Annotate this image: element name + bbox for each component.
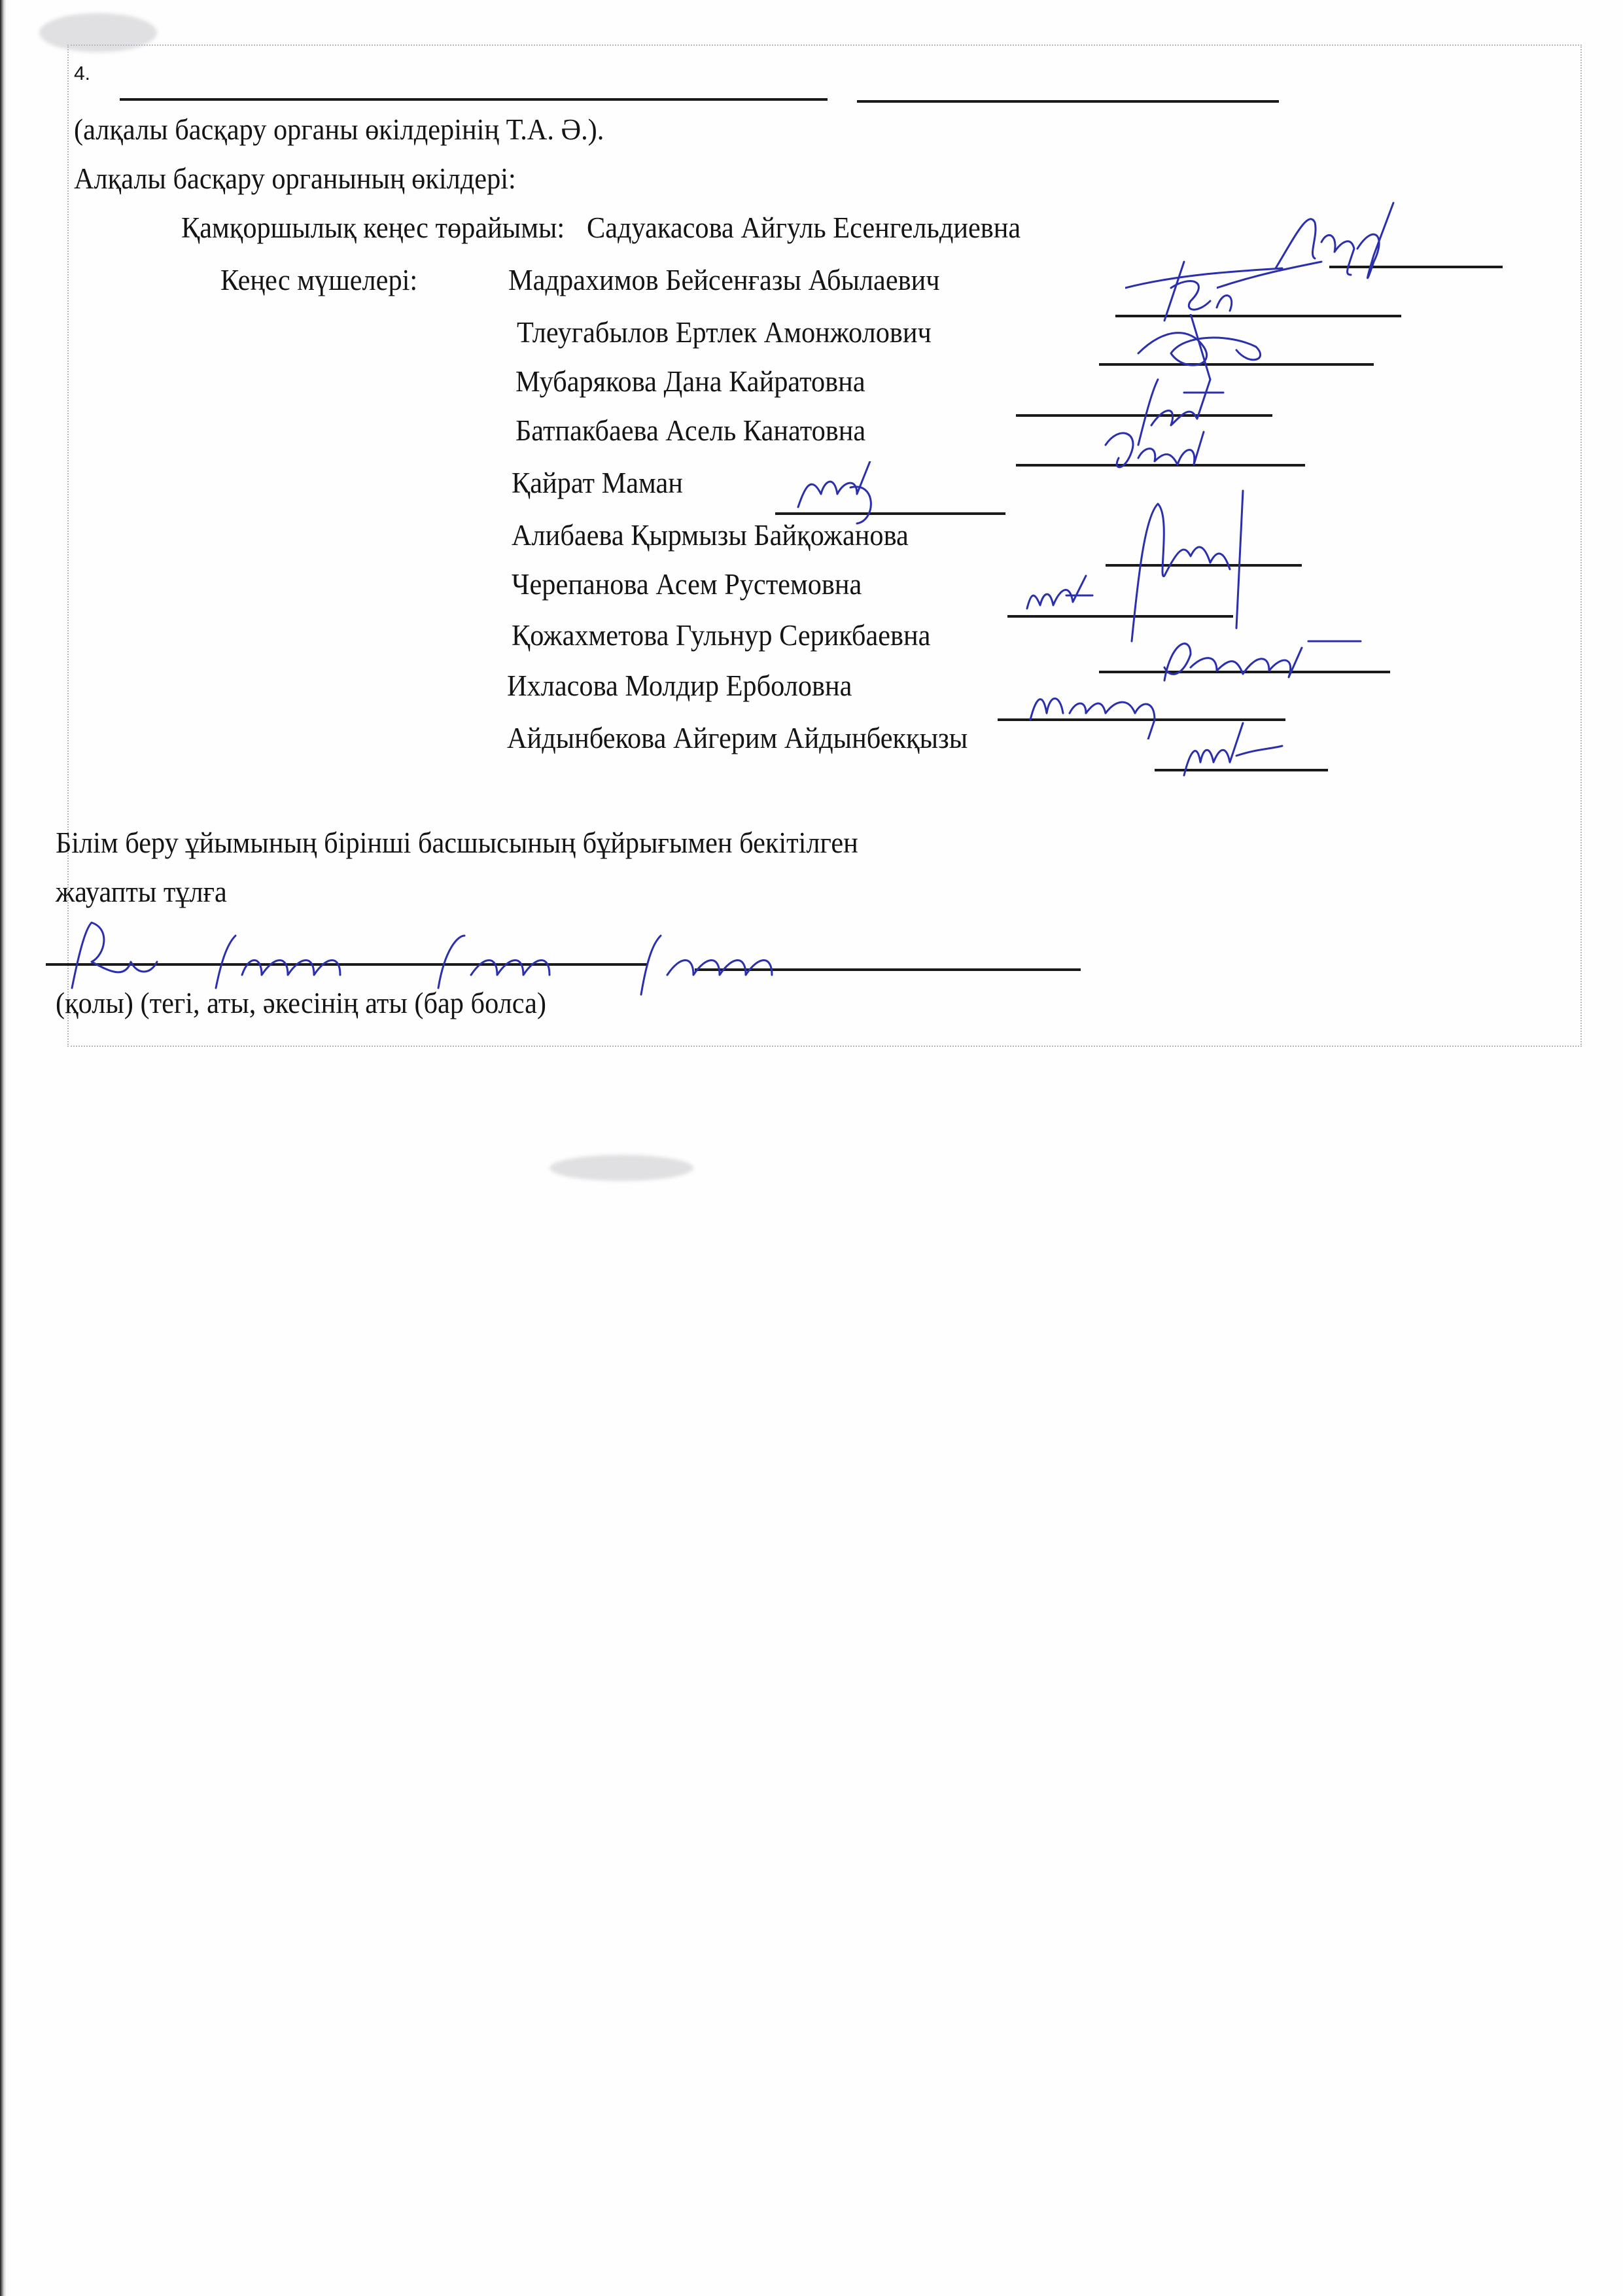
responsible-line1: Білім беру ұйымының бірінші басшысының б…	[56, 828, 858, 858]
signature-line	[1007, 615, 1233, 618]
signature-line	[1016, 414, 1272, 417]
signature-line	[1099, 363, 1374, 366]
member-name: Алибаева Қырмызы Байқожанова	[512, 520, 909, 550]
scan-edge	[0, 0, 7, 2296]
signature-line	[998, 718, 1285, 721]
chair-role-label: Қамқоршылық кеңес төрайымы:	[181, 213, 565, 243]
signature-line	[1115, 315, 1401, 317]
member-name: Черепанова Асем Рустемовна	[512, 569, 862, 599]
signature-line	[775, 512, 1005, 515]
member-name: Мадрахимов Бейсенғазы Абылаевич	[508, 265, 940, 295]
member-name: Ихласова Молдир Ерболовна	[507, 671, 852, 701]
member-name: Мубарякова Дана Кайратовна	[515, 366, 865, 397]
member-name: Батпакбаева Асель Канатовна	[515, 415, 865, 446]
member-name: Қайрат Маман	[512, 468, 683, 498]
name-line	[695, 968, 1081, 971]
signature-line	[1099, 671, 1390, 673]
signature-line	[46, 963, 648, 966]
member-name: Тлеугабылов Ертлек Амонжолович	[517, 317, 932, 347]
members-label: Кеңес мүшелері:	[220, 265, 417, 295]
signature-line	[1016, 464, 1305, 467]
responsible-line2: жауапты тұлға	[56, 877, 227, 907]
signature-line	[1329, 266, 1503, 268]
signature-line	[1155, 769, 1328, 771]
representatives-heading: Алқалы басқару органының өкілдері:	[74, 164, 516, 194]
scan-smudge	[550, 1155, 693, 1181]
blank-line	[857, 100, 1279, 103]
signature-caption: (қолы) (тегі, аты, әкесінің аты (бар бол…	[56, 988, 546, 1018]
chair-name: Садуакасова Айгуль Есенгельдиевна	[587, 213, 1021, 243]
signature-line	[1106, 564, 1302, 567]
member-name: Айдынбекова Айгерим Айдынбекқызы	[507, 723, 968, 753]
blank-line	[120, 98, 828, 101]
member-name: Қожахметова Гульнур Серикбаевна	[512, 620, 930, 650]
item-number: 4.	[74, 63, 90, 85]
representatives-caption: (алқалы басқару органы өкілдерінің Т.А. …	[74, 115, 604, 145]
